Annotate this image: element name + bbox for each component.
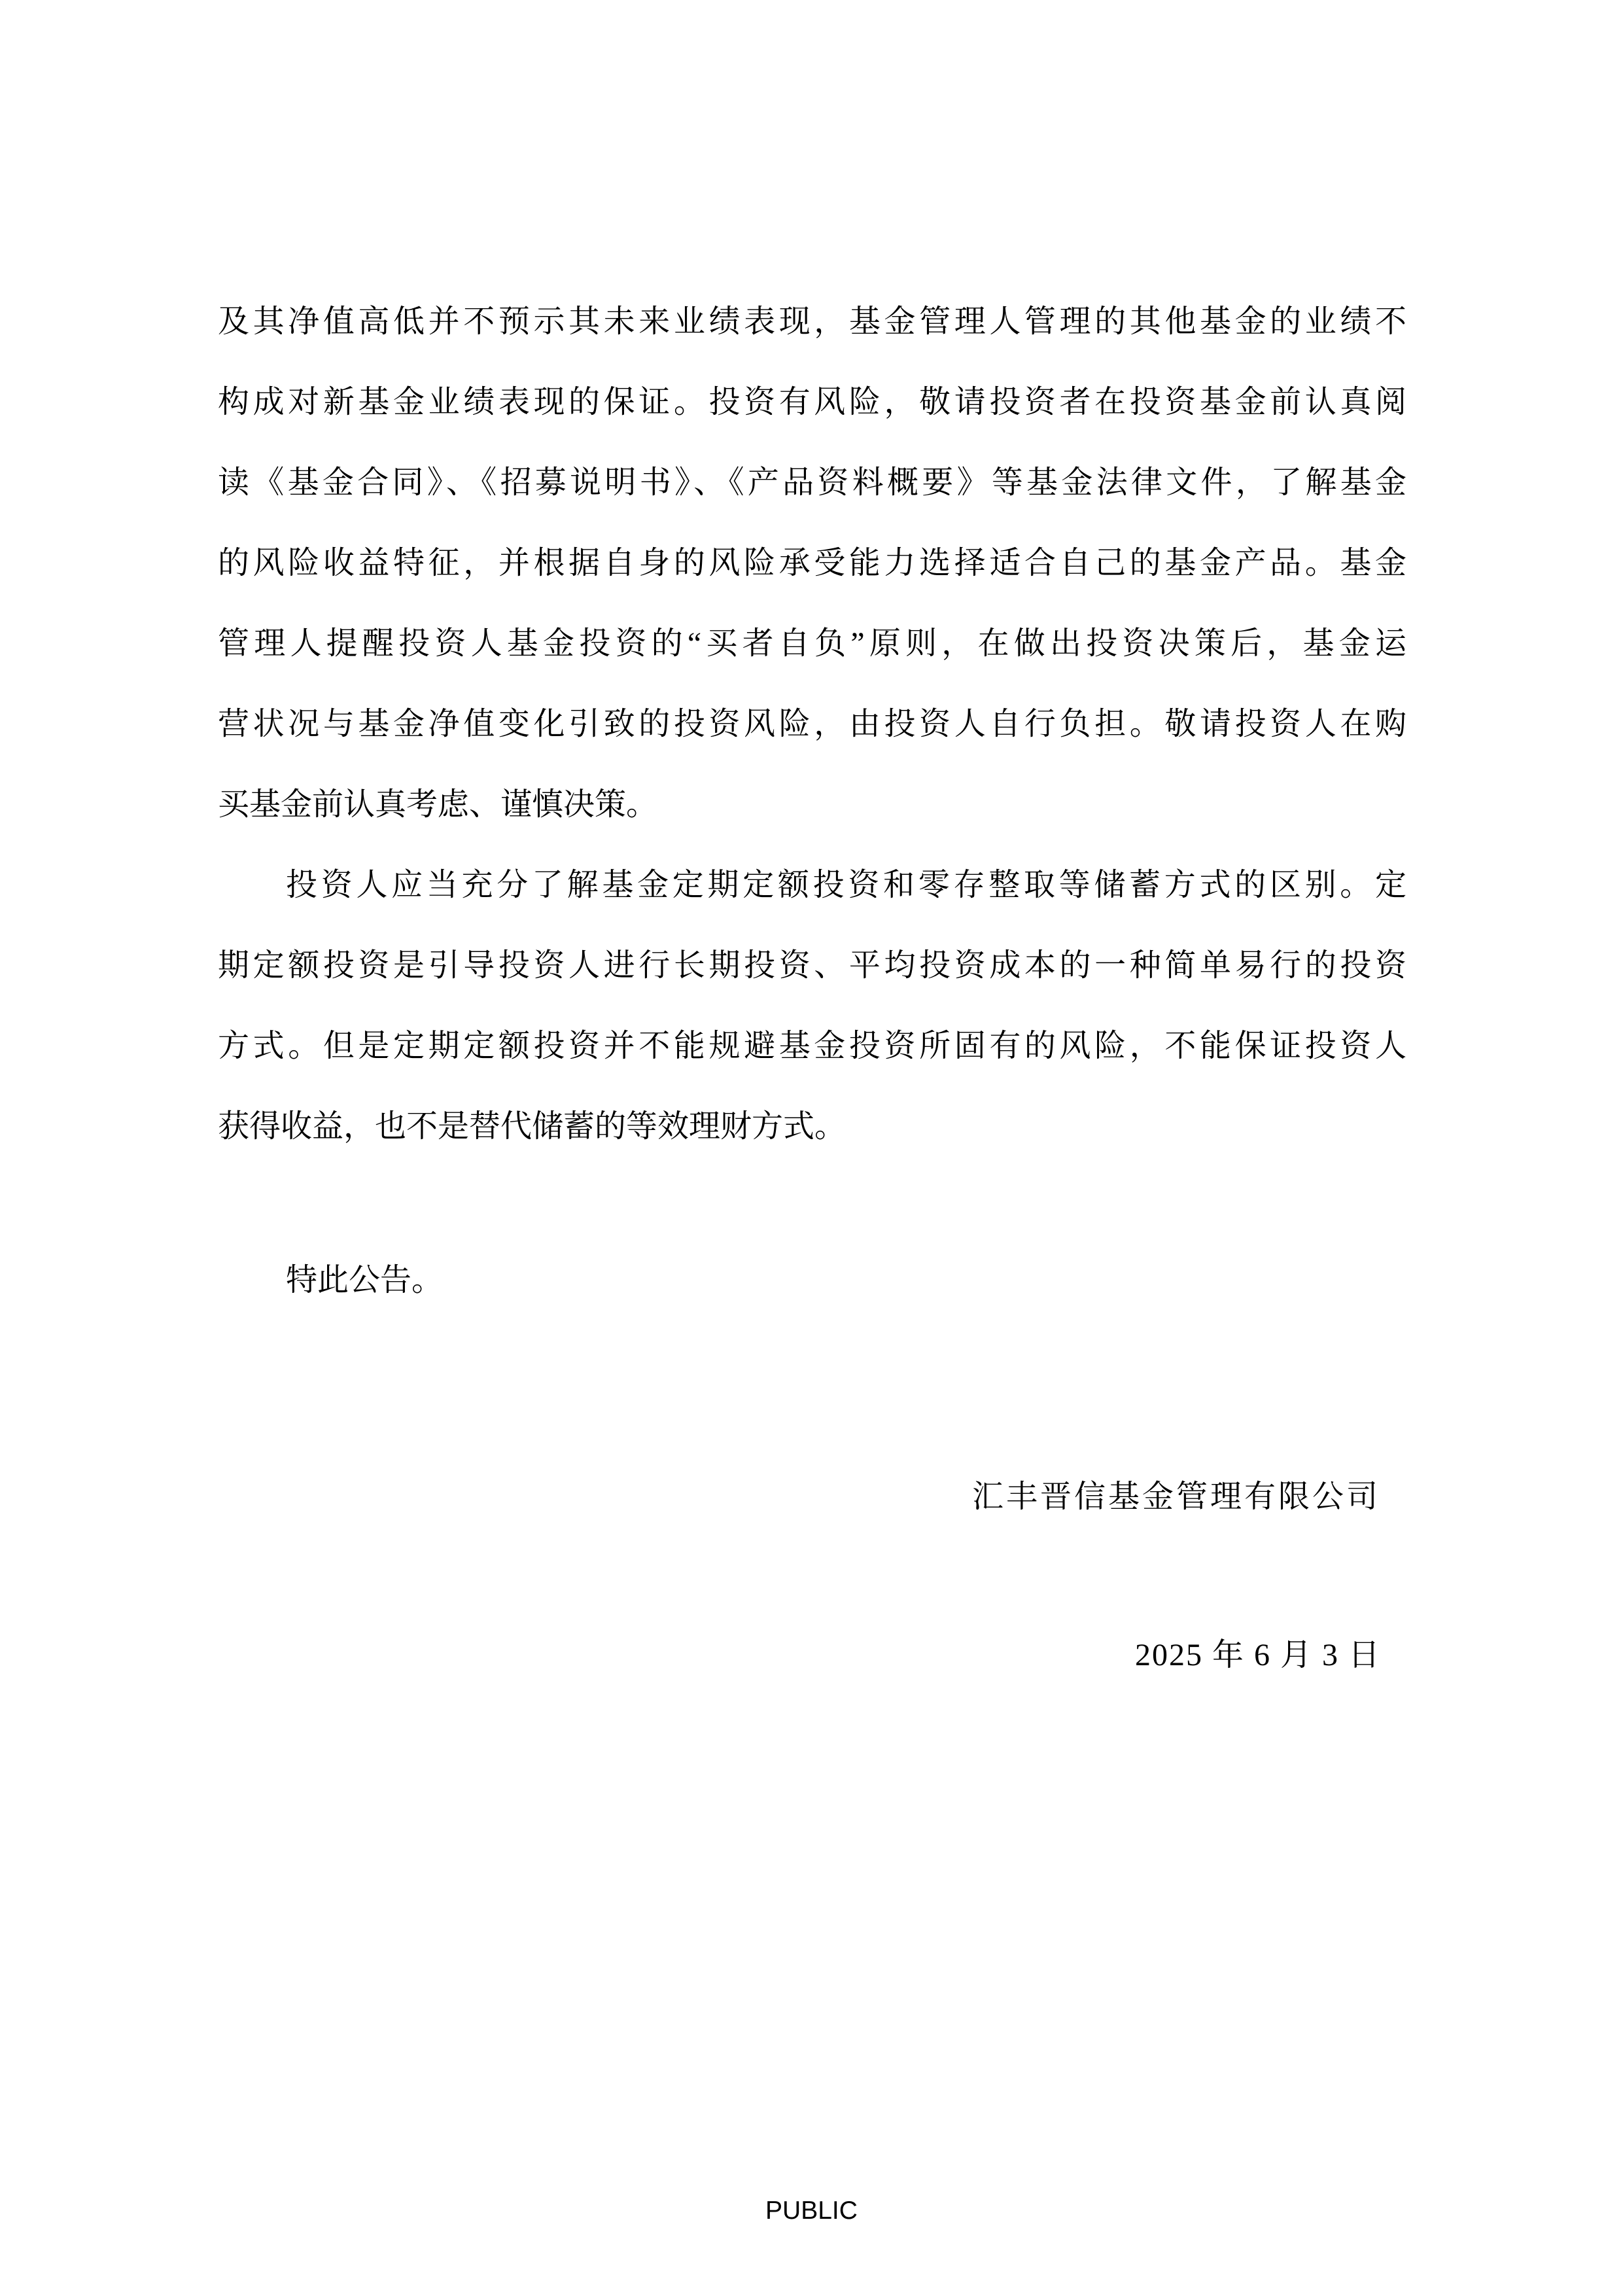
footer-classification-label: PUBLIC [0, 2197, 1623, 2225]
paragraph-closing: 特此公告。 [218, 1240, 1406, 1320]
text-line: 投资人应当充分了解基金定期定额投资和零存整取等储蓄方式的区别。定 [218, 845, 1406, 925]
text-line: 方式。但是定期定额投资并不能规避基金投资所固有的风险，不能保证投资人 [218, 1006, 1406, 1086]
text-line: 及其净值高低并不预示其未来业绩表现，基金管理人管理的其他基金的业绩不 [218, 281, 1406, 362]
text-line: 获得收益，也不是替代储蓄的等效理财方式。 [218, 1086, 1406, 1167]
document-page: 及其净值高低并不预示其未来业绩表现，基金管理人管理的其他基金的业绩不 构成对新基… [0, 0, 1623, 2296]
text-line: 读《基金合同》、《招募说明书》、《产品资料概要》等基金法律文件，了解基金 [218, 442, 1406, 523]
text-line: 营状况与基金净值变化引致的投资风险，由投资人自行负担。敬请投资人在购 [218, 684, 1406, 764]
signature-company-name: 汇丰晋信基金管理有限公司 [972, 1480, 1380, 1515]
text-line: 的风险收益特征，并根据自身的风险承受能力选择适合自己的基金产品。基金 [218, 523, 1406, 603]
announcement-body: 及其净值高低并不预示其未来业绩表现，基金管理人管理的其他基金的业绩不 构成对新基… [218, 281, 1406, 1320]
text-line: 买基金前认真考虑、谨慎决策。 [218, 764, 1406, 845]
paragraph-risk-disclosure: 及其净值高低并不预示其未来业绩表现，基金管理人管理的其他基金的业绩不 构成对新基… [218, 281, 1406, 845]
text-line: 管理人提醒投资人基金投资的“买者自负”原则，在做出投资决策后，基金运 [218, 603, 1406, 684]
announcement-date: 2025 年 6 月 3 日 [1135, 1638, 1381, 1673]
paragraph-regular-investment-notice: 投资人应当充分了解基金定期定额投资和零存整取等储蓄方式的区别。定 期定额投资是引… [218, 845, 1406, 1167]
text-line: 期定额投资是引导投资人进行长期投资、平均投资成本的一种简单易行的投资 [218, 925, 1406, 1006]
text-line: 特此公告。 [218, 1240, 1406, 1320]
text-line: 构成对新基金业绩表现的保证。投资有风险，敬请投资者在投资基金前认真阅 [218, 362, 1406, 442]
